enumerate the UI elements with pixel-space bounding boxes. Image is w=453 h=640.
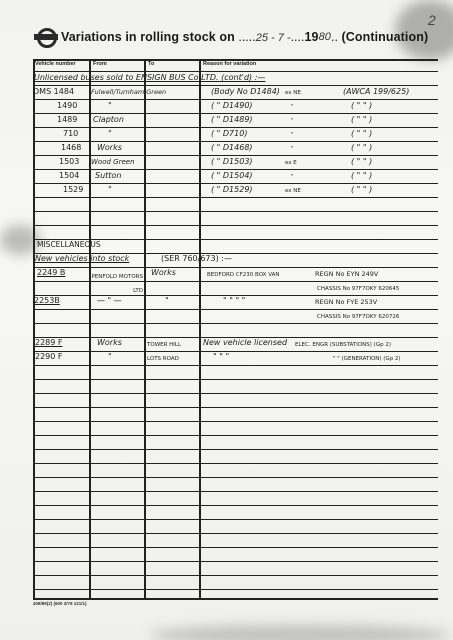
from-supplier: — " — <box>97 296 122 306</box>
date-dots: .. <box>331 30 341 44</box>
vehicle-description: BEDFORD CF230 BOX VAN <box>207 270 280 280</box>
body-number: ( " D1489) <box>211 115 253 125</box>
registration-number: REGN No FYE 253V <box>315 297 377 307</box>
ex-garage: " <box>291 144 294 154</box>
chassis-number: CHASSIS No 97F7OKY 620645 <box>317 284 399 294</box>
vehicle-number: 1489 <box>57 115 77 125</box>
london-transport-roundel-icon <box>36 27 56 47</box>
date-field: .....25 - 7 -.... <box>235 30 305 44</box>
from-garage: " <box>108 185 112 195</box>
vehicle-number: 1503 <box>59 157 79 167</box>
form-code: 408/89(2) (600 3/79 121/1) <box>33 601 87 606</box>
ex-garage: " <box>291 172 294 182</box>
title-text: Variations in rolling stock on <box>61 30 235 44</box>
column-header-from: From <box>93 61 107 67</box>
from-garage: Wood Green <box>91 157 135 167</box>
vehicle-number: 1529 <box>63 185 83 195</box>
from-supplier: PENFOLD MOTORS LTD <box>91 270 143 298</box>
from-garage: Clapton <box>93 115 124 125</box>
section-reference: (SER 760/673) :— <box>161 254 232 264</box>
from-garage: Fulwell/Turnham Green <box>91 87 166 97</box>
ex-garage: ex NE <box>285 88 301 98</box>
reference: ( " " ) <box>351 143 372 153</box>
body-number: ( " D1468) <box>211 143 253 153</box>
body-number: ( " D1504) <box>211 171 253 181</box>
ex-garage: ex E <box>285 158 297 168</box>
reason-description: " " " <box>213 352 229 362</box>
section-heading: Unlicensed buses sold to ENSIGN BUS Co L… <box>34 73 265 83</box>
column-header-vehicle-number: Vehicle number <box>35 61 76 67</box>
from-garage: " <box>108 101 112 111</box>
reference: ( " " ) <box>351 171 372 181</box>
from-location: Works <box>97 338 122 348</box>
reference: ( " " ) <box>351 185 372 195</box>
section-subheading: New vehicles into stock <box>35 254 129 264</box>
to-location: TOWER HILL <box>147 340 181 350</box>
column-divider <box>144 59 146 599</box>
vehicle-number: 2289 F <box>35 338 63 348</box>
column-header-reason: Reason for variation <box>203 61 256 67</box>
stain <box>150 625 450 640</box>
page-number: 2 <box>428 12 436 28</box>
ex-garage: " <box>291 116 294 126</box>
reason-detail: ELEC. ENGR (SUBSTATIONS) (Gp 2) <box>295 340 391 350</box>
to-location: LOTS ROAD <box>147 354 179 364</box>
date-year: 80 <box>319 31 331 43</box>
from-garage: " <box>108 129 112 139</box>
vehicle-number: 2290 F <box>35 352 63 362</box>
vehicle-number: 1468 <box>61 143 81 153</box>
reference: ( " " ) <box>351 157 372 167</box>
vehicle-number: 710 <box>63 129 78 139</box>
reason-detail: " " (GENERATION) (Gp 2) <box>333 354 401 364</box>
vehicle-number: 1504 <box>59 171 79 181</box>
reason-description: New vehicle licensed <box>203 338 287 348</box>
vehicle-description: " " " " <box>223 296 245 306</box>
date-day-month: 25 - 7 - <box>256 32 291 44</box>
section-heading: MISCELLANEOUS <box>37 240 101 250</box>
column-divider <box>89 59 91 599</box>
body-number: ( " D1529) <box>211 185 253 195</box>
from-location: " <box>108 352 112 362</box>
date-century: 19 <box>304 30 318 44</box>
continuation-label: (Continuation) <box>341 30 428 44</box>
chassis-number: CHASSIS No 97F7OKY 620726 <box>317 312 399 322</box>
ex-garage: " <box>291 130 294 140</box>
column-header-to: To <box>148 61 154 67</box>
vehicle-number: DMS 1484 <box>33 87 74 97</box>
reference: ( " " ) <box>351 115 372 125</box>
body-number: (Body No D1484) <box>211 87 280 97</box>
column-divider <box>199 59 201 599</box>
column-divider <box>33 59 35 599</box>
reference: (AWCA 199/625) <box>343 87 409 97</box>
ex-garage: ex NE <box>285 186 301 196</box>
reference: ( " " ) <box>351 129 372 139</box>
reference: ( " " ) <box>351 101 372 111</box>
vehicle-number: 2253B <box>34 296 60 306</box>
form-title: Variations in rolling stock on .....25 -… <box>36 27 428 47</box>
ex-garage: " <box>291 102 294 112</box>
to-location: Works <box>151 268 176 278</box>
to-location: " <box>165 296 169 306</box>
variations-table: Vehicle number From To Reason for variat… <box>33 59 438 599</box>
registration-number: REGN No EYN 249V <box>315 269 378 279</box>
body-number: ( " D710) <box>211 129 247 139</box>
body-number: ( " D1503) <box>211 157 253 167</box>
from-garage: Sutton <box>95 171 121 181</box>
body-number: ( " D1490) <box>211 101 253 111</box>
vehicle-number: 1490 <box>57 101 77 111</box>
vehicle-number: 2249 B <box>37 268 65 278</box>
from-garage: Works <box>97 143 122 153</box>
